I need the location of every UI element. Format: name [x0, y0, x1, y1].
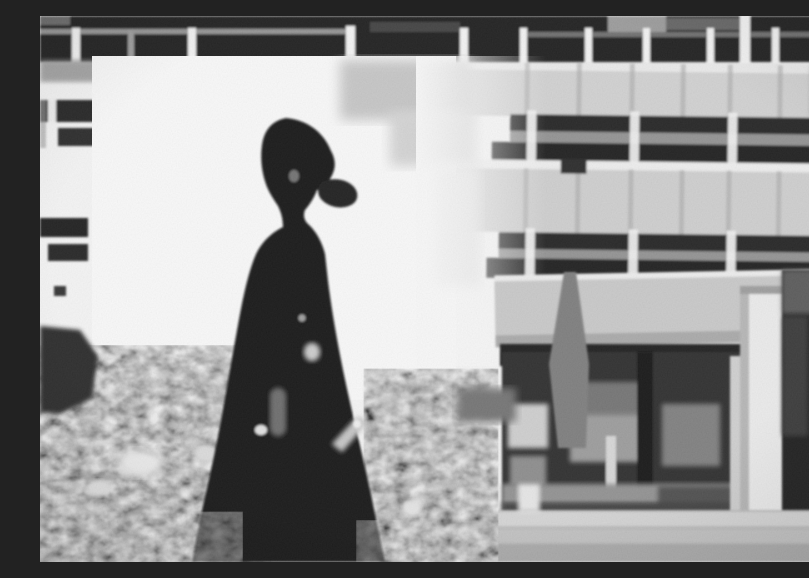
- photo: [40, 16, 809, 562]
- vignette-overlay: [40, 16, 809, 562]
